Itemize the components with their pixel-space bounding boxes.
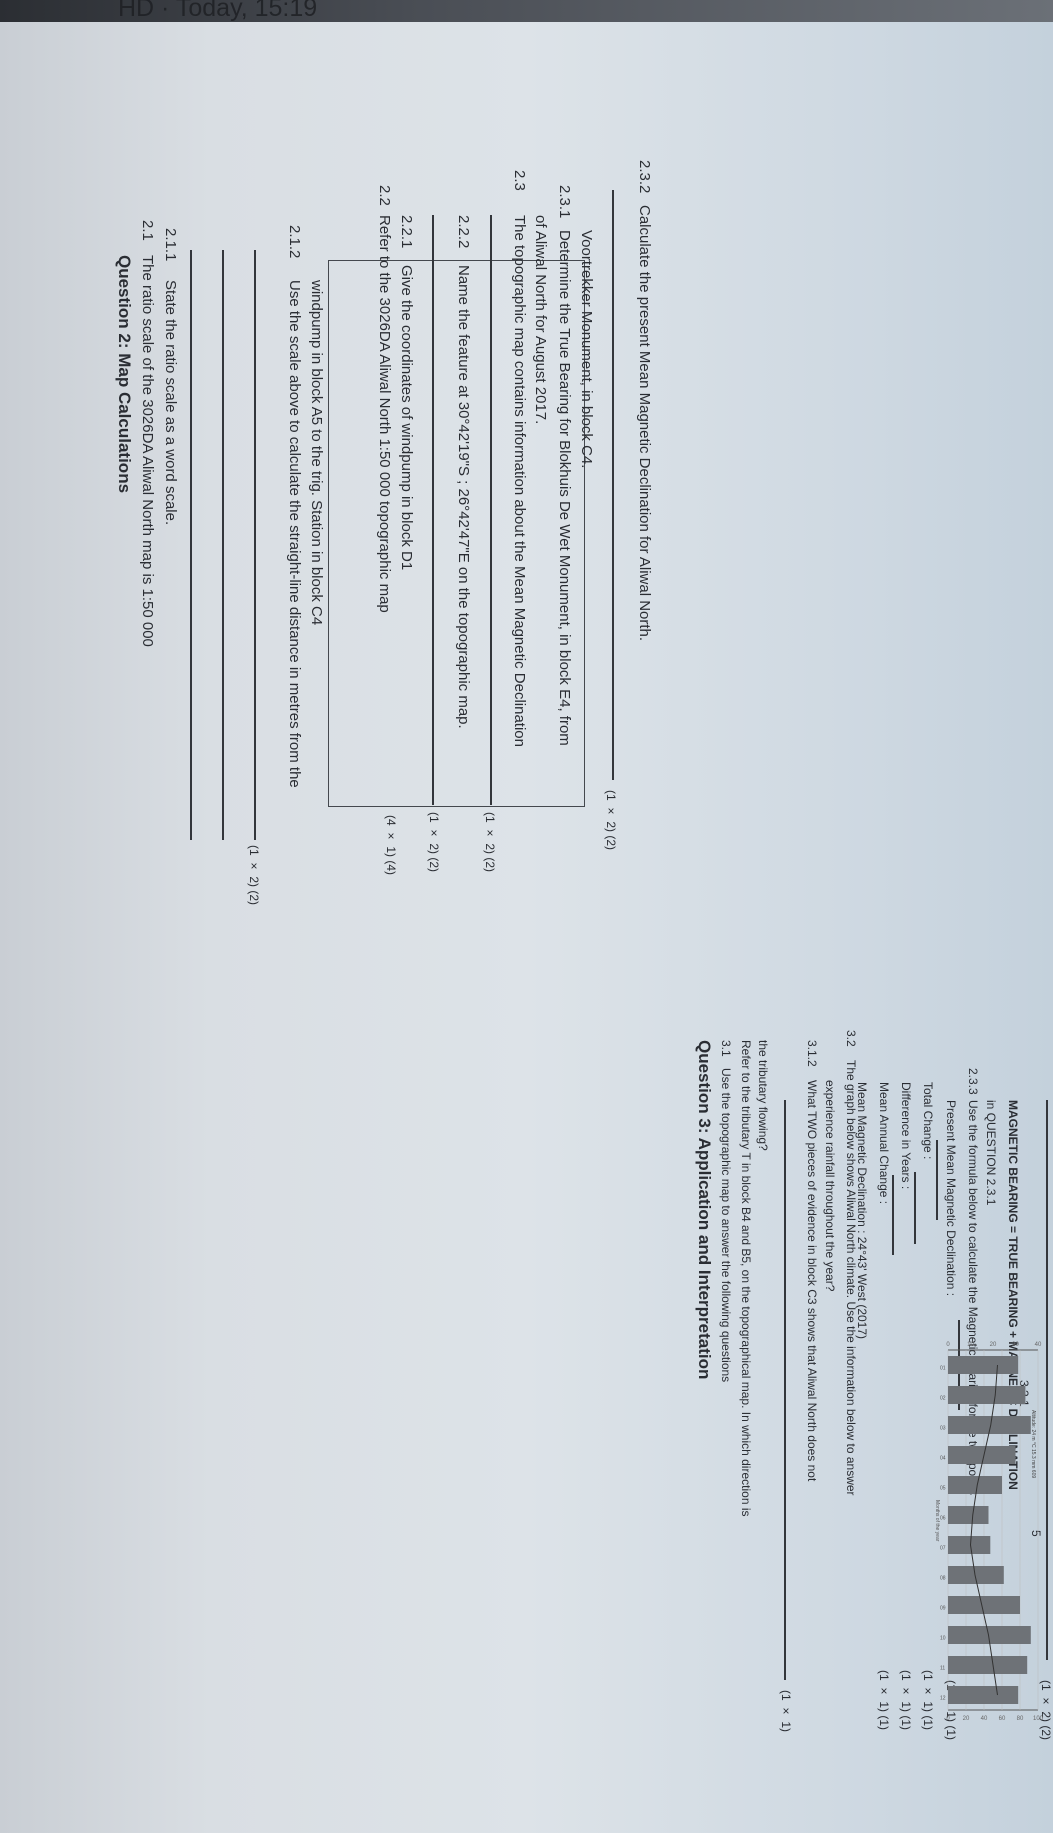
status-bar: HD · Today, 15:19	[0, 0, 1053, 22]
tick-label: 0	[946, 1716, 950, 1722]
x-axis-label: Months of the year	[934, 1500, 940, 1542]
tick-label: 20	[990, 1342, 997, 1348]
rainfall-bar	[948, 1476, 1002, 1494]
rainfall-bar	[948, 1356, 1018, 1374]
q2-2-1-marks: (1 × 2) (2)	[428, 812, 440, 872]
answer-line[interactable]	[254, 250, 256, 840]
rainfall-bar	[948, 1686, 1018, 1704]
answer-line[interactable]	[914, 1172, 916, 1244]
status-timestamp: HD · Today, 15:19	[118, 0, 317, 23]
q2-3-1-marks: (1 × 2) (2)	[605, 790, 617, 850]
q2-2-2-text: Name the feature at 30°42'19"S ; 26°42'4…	[456, 265, 471, 729]
answer-line[interactable]	[190, 250, 192, 840]
climate-graph: 0204060801000102030400102030405060708091…	[930, 1330, 1050, 1730]
q2-2-2-num: 2.2.2	[456, 215, 471, 248]
tick-label: 10	[967, 1342, 974, 1348]
answer-line[interactable]	[784, 1100, 786, 1680]
q2-3-3-text2: in QUESTION 2.3.1	[985, 1100, 997, 1205]
month-label: 03	[940, 1426, 946, 1432]
q2-2-text: Refer to the 3026DA Aliwal North 1:50 00…	[377, 215, 392, 613]
q3-1-2-num: 3.1.2	[806, 1040, 818, 1067]
answer-line[interactable]	[612, 190, 614, 780]
tick-label: 80	[1017, 1716, 1024, 1722]
month-label: 09	[940, 1606, 946, 1612]
q3-2-text1: The graph below shows Aliwal North clima…	[845, 1060, 857, 1496]
q2-2-1-text: Give the coordinates of windpump in bloc…	[399, 265, 414, 570]
answer-line[interactable]	[892, 1175, 894, 1255]
q2-2-2-marks: (1 × 2) (2)	[484, 812, 496, 872]
q2-3-text2: of Aliwal North for August 2017.	[533, 215, 548, 424]
q3-1-2-text2: experience rainfall throughout the year?	[824, 1080, 836, 1291]
q2-3-text1: The topographic map contains information…	[512, 215, 527, 747]
answer-line[interactable]	[222, 250, 224, 840]
month-label: 11	[940, 1666, 945, 1672]
q2-3-3-num: 2.3.3	[967, 1068, 979, 1095]
q2-2-num: 2.2	[377, 185, 392, 206]
answer-line[interactable]	[936, 1140, 938, 1220]
month-label: 08	[940, 1576, 946, 1582]
q2-2-1-num: 2.2.1	[399, 215, 414, 248]
tick-label: 60	[999, 1716, 1006, 1722]
tick-label: 40	[1035, 1342, 1042, 1348]
calc-label: Present Mean Magnetic Declination :	[945, 1100, 957, 1296]
month-label: 07	[940, 1546, 946, 1552]
q2-3-1-text2: Voortrekker Monument, in block C4.	[579, 230, 594, 468]
q3-heading: Question 3: Application and Interpretati…	[696, 1040, 713, 1379]
rainfall-bar	[948, 1596, 1020, 1614]
q2-1-2-text1: Use the scale above to calculate the str…	[287, 280, 302, 788]
rainfall-bar	[948, 1566, 1004, 1584]
q3-1-text: Use the topographic map to answer the fo…	[720, 1068, 732, 1382]
q2-3-1-num: 2.3.1	[557, 185, 572, 218]
calc-label: Mean Annual Change :	[878, 1082, 890, 1204]
q2-1-2-marks: (4 × 1) (4)	[385, 815, 397, 875]
q2-3-2-num: 2.3.2	[637, 160, 652, 193]
q3-2-num: 3.2	[845, 1030, 857, 1047]
tick-label: 20	[963, 1716, 970, 1722]
q2-1-1-marks: (1 × 2) (2)	[248, 845, 260, 905]
chart-title: Altitude: 24 m °C 15.3 mm 609	[1030, 1410, 1036, 1478]
tick-label: 40	[981, 1716, 988, 1722]
q2-1-1-num: 2.1.1	[163, 228, 178, 261]
q2-1-2-text2: windpump in block A5 to the trig. Statio…	[309, 280, 324, 625]
month-label: 05	[940, 1486, 946, 1492]
q3-1-num: 3.1	[720, 1040, 732, 1057]
q2-3-num: 2.3	[512, 170, 527, 191]
month-label: 01	[940, 1366, 946, 1372]
q2-3-1-text1: Determine the True Bearing for Blokhuis …	[557, 230, 572, 746]
tick-label: 100	[1033, 1716, 1044, 1722]
tick-label: 0	[946, 1342, 950, 1348]
rainfall-bar	[948, 1656, 1027, 1674]
month-label: 04	[940, 1456, 946, 1462]
tick-label: 30	[1012, 1342, 1019, 1348]
answer-line[interactable]	[490, 215, 492, 805]
q2-heading: Question 2: Map Calculations	[116, 255, 133, 493]
q2-1-num: 2.1	[140, 220, 155, 241]
q3-1-1-text1: Refer to the tributary T in block B4 and…	[740, 1040, 752, 1517]
month-label: 12	[940, 1696, 946, 1702]
q2-1-2-num: 2.1.2	[287, 225, 302, 258]
rainfall-bar	[948, 1536, 990, 1554]
q2-3-2-text: Calculate the present Mean Magnetic Decl…	[637, 205, 652, 641]
q3-1-1-marks: (1 × 1)	[780, 1690, 792, 1732]
calc-marks: (1 × 1) (1)	[900, 1670, 912, 1730]
calc-label: Total Change :	[922, 1082, 934, 1159]
answer-line[interactable]	[432, 215, 434, 805]
month-label: 10	[940, 1636, 946, 1642]
month-label: 02	[940, 1396, 946, 1402]
calc-label: Difference in Years :	[900, 1082, 912, 1189]
q2-1-text: The ratio scale of the 3026DA Aliwal Nor…	[140, 255, 155, 647]
q3-1-1-text2: the tributary flowing?	[757, 1040, 769, 1151]
rainfall-bar	[948, 1506, 989, 1524]
q3-1-2-text1: What TWO pieces of evidence in block C3 …	[806, 1080, 818, 1481]
rainfall-bar	[948, 1446, 1016, 1464]
rainfall-bar	[948, 1386, 1025, 1404]
q2-1-1-text: State the ratio scale as a word scale.	[163, 280, 178, 525]
calc-marks: (1 × 1) (1)	[878, 1670, 890, 1730]
